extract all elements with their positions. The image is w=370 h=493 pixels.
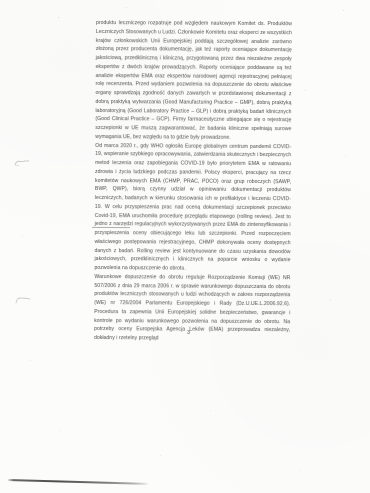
paragraph-1: produktu leczniczego rozpatruje pod wzgl… — [95, 19, 292, 143]
paragraph-2: Od marca 2020 r., gdy WHO ogłosiła Europ… — [94, 141, 291, 273]
margin-scribble-mark — [13, 157, 30, 168]
scanned-document-page: produktu leczniczego rozpatruje pod wzgl… — [0, 0, 370, 493]
body-text: produktu leczniczego rozpatruje pod wzgl… — [94, 19, 292, 344]
page-number: 3 — [187, 330, 190, 336]
bottom-scan-streak-artifact — [8, 479, 148, 485]
paragraph-3: Warunkowe dopuszczenie do obrotu reguluj… — [94, 273, 290, 344]
margin-scribble-mark — [14, 294, 31, 306]
scan-noise-specks — [0, 0, 1, 1]
